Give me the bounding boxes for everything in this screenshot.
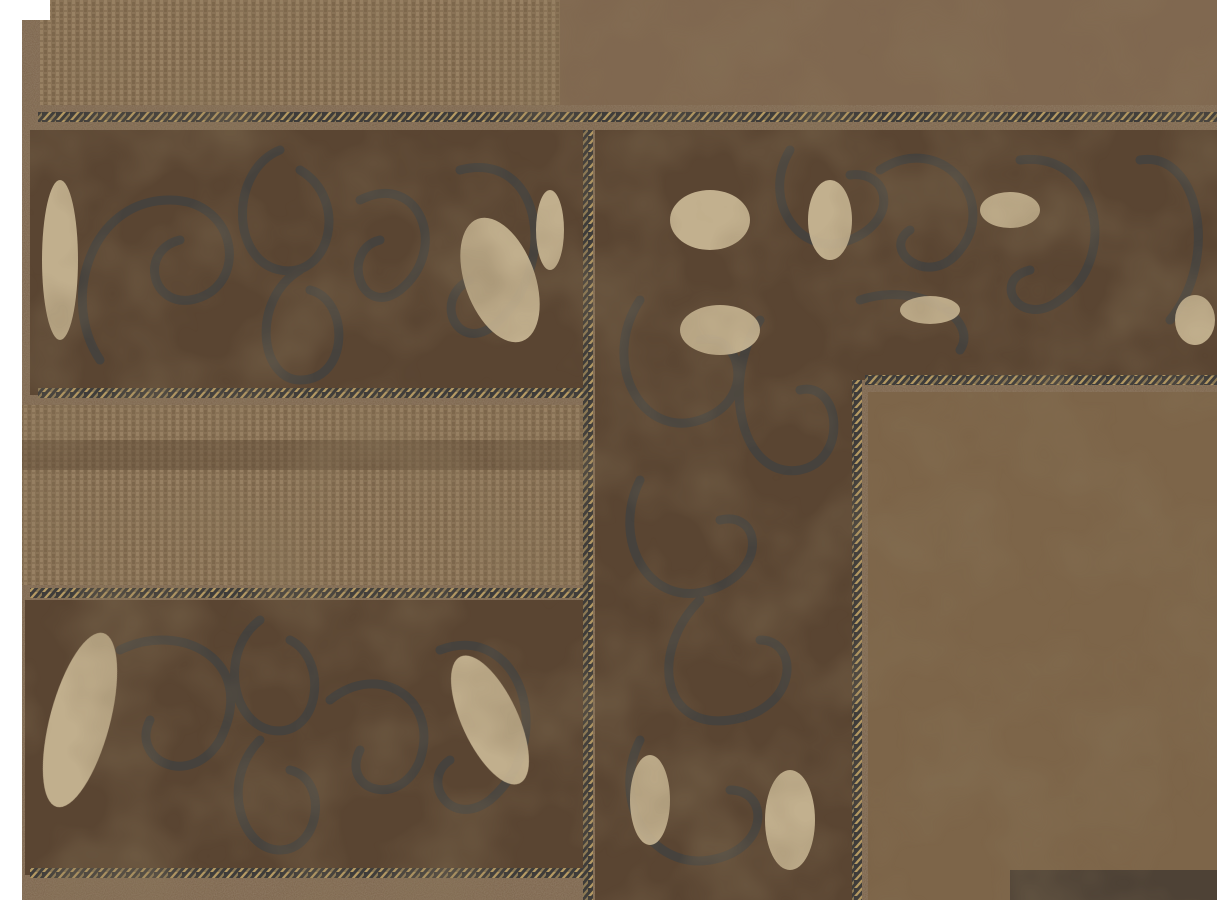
textile-body [22,0,1217,900]
embroidered-textile-photo [0,0,1217,900]
